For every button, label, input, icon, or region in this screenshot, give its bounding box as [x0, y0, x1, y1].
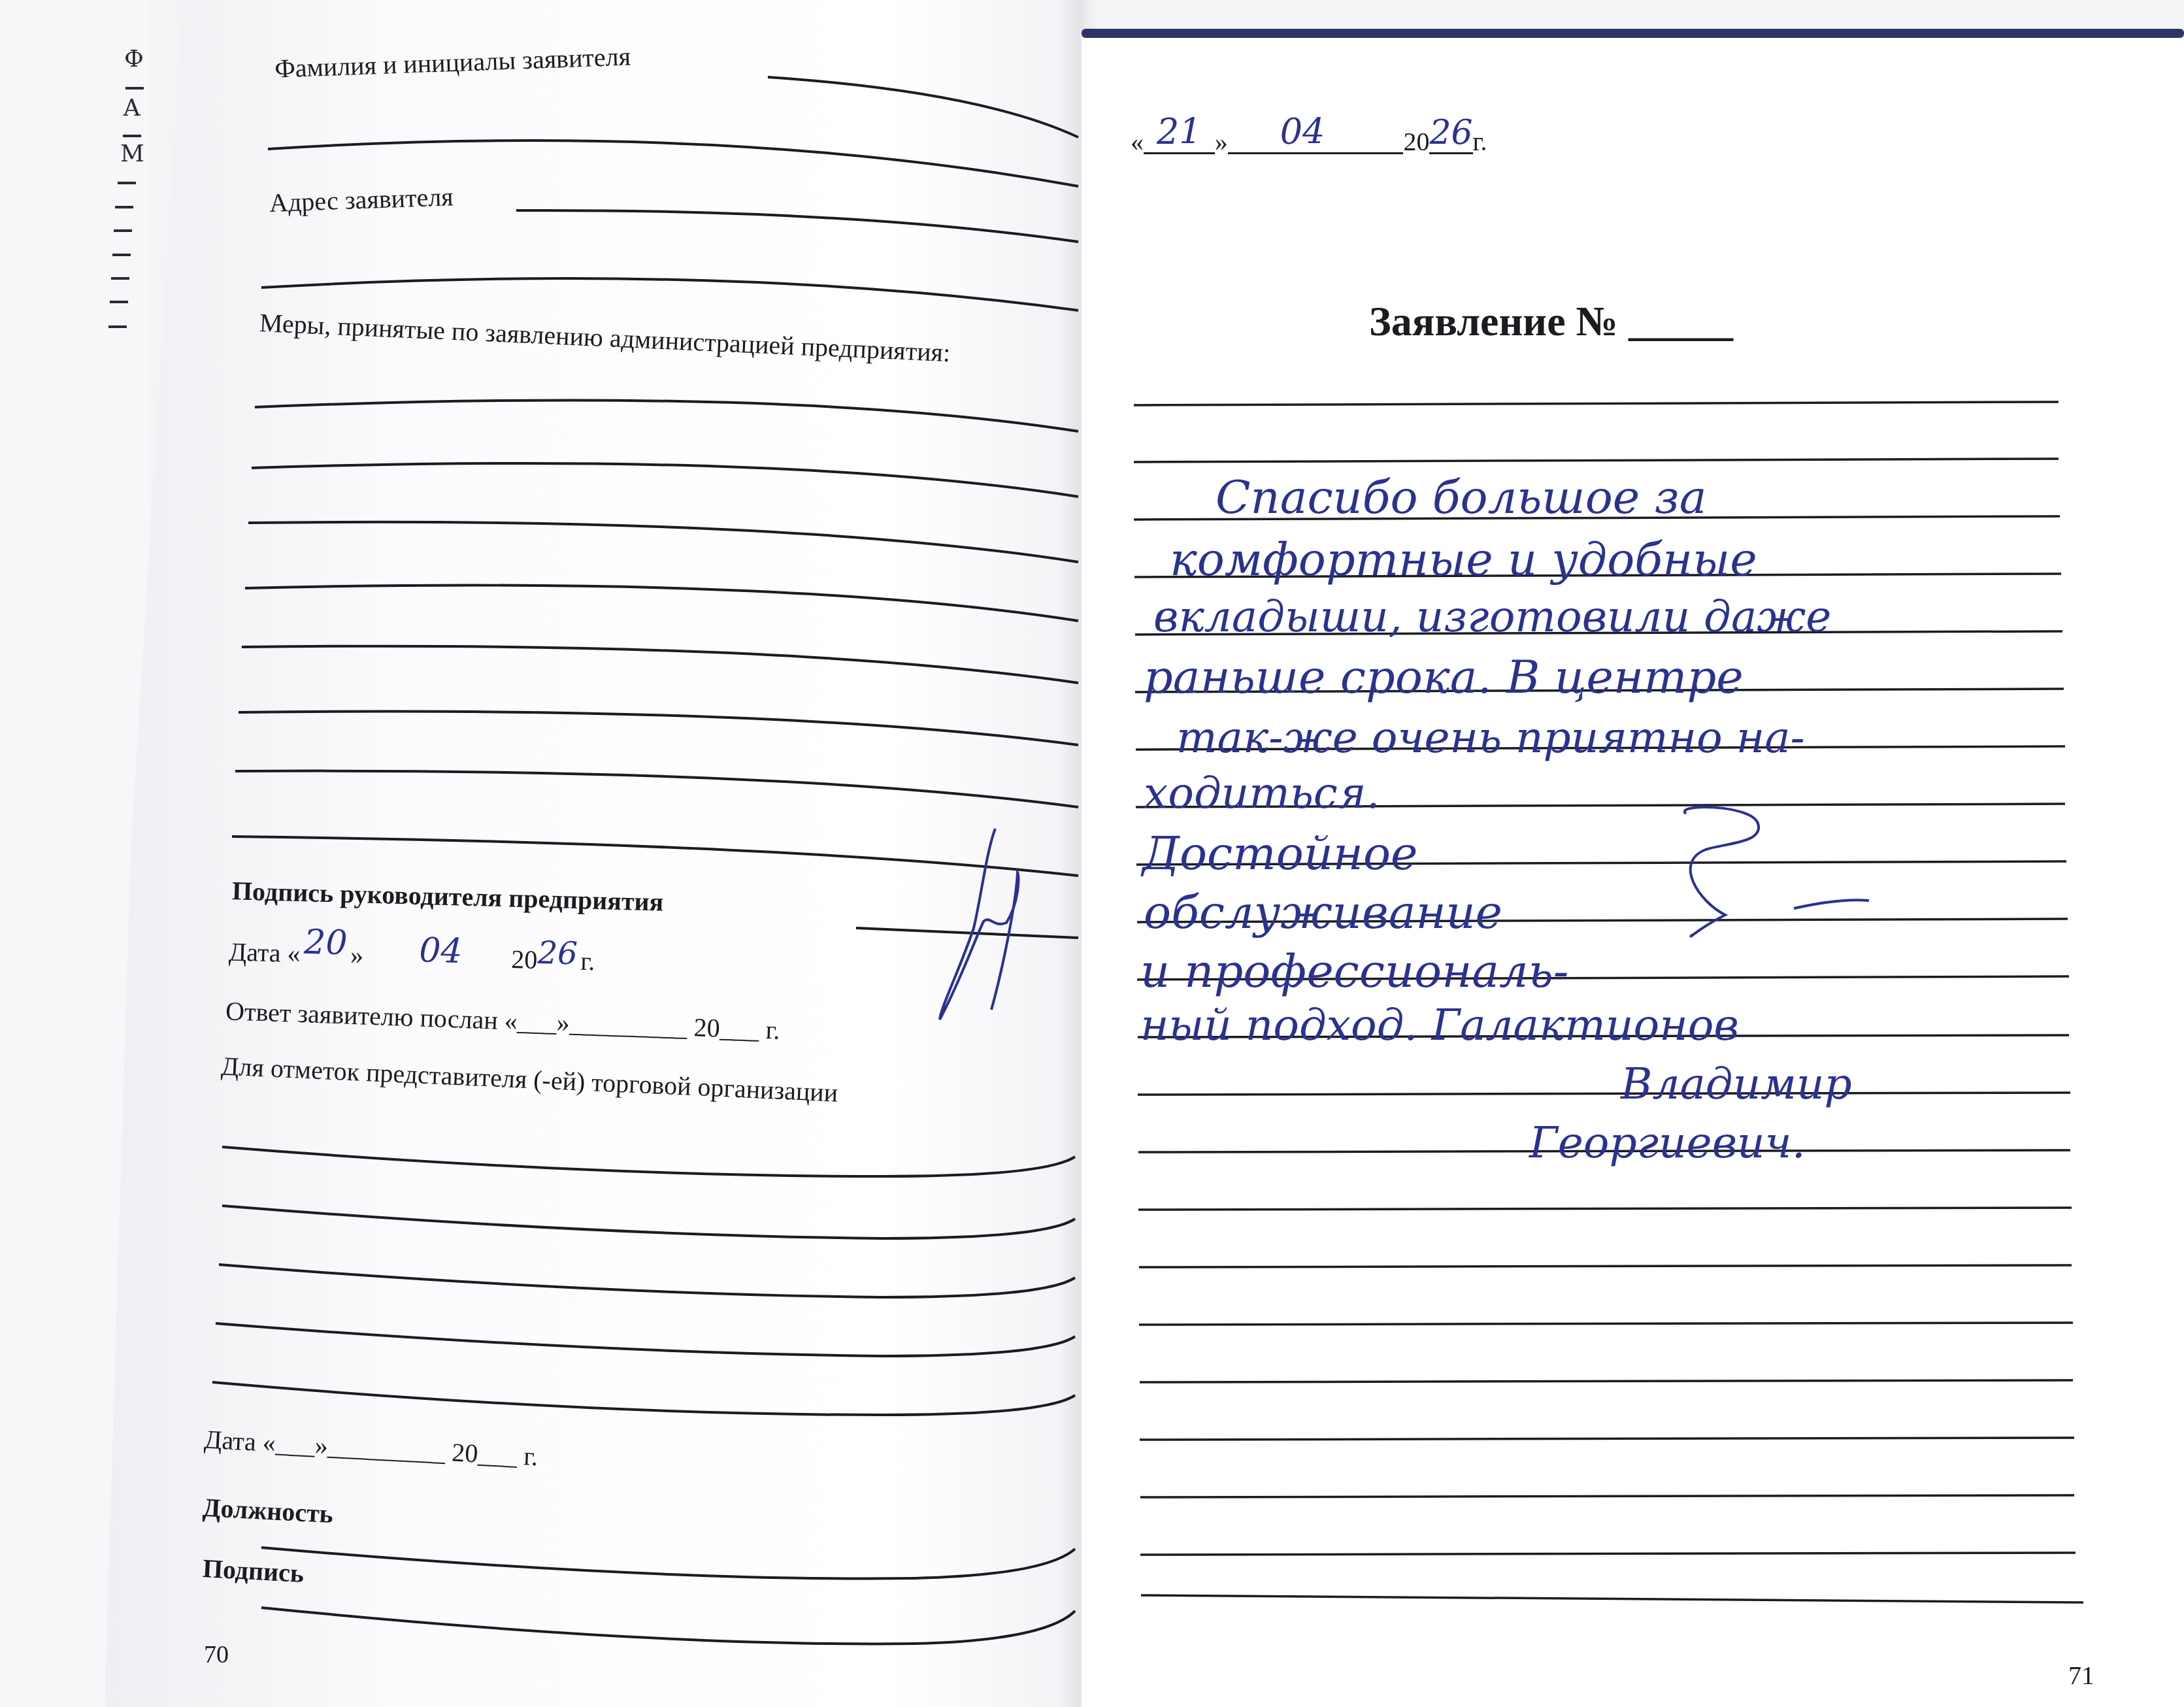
right-page-number: 71 — [2068, 1660, 2094, 1691]
statement-line: Спасибо большое за — [1216, 471, 1706, 524]
statement-line: обслуживание — [1144, 886, 1502, 939]
statement-title: Заявление № _____ — [1369, 297, 1733, 346]
statement-line: Достойное — [1142, 827, 1418, 880]
left-page-number: 70 — [204, 1640, 229, 1669]
under-page-line — [123, 135, 141, 137]
under-page-line — [115, 206, 133, 208]
date-year-prefix: 20 — [511, 944, 538, 974]
under-page-letter: Ф — [124, 46, 144, 73]
date-close-quote: » — [350, 940, 363, 970]
under-page-line — [114, 229, 132, 232]
statement-line: комфортные и удобные — [1170, 533, 1757, 586]
date-year-suffix: г. — [1473, 127, 1487, 156]
statement-line: так-же очень приятно на- — [1176, 712, 1805, 763]
date-label: Дата « — [228, 937, 301, 969]
under-page-line — [111, 277, 129, 280]
book-cover-edge — [1082, 29, 2184, 38]
date-day-handwritten[interactable]: 20 — [303, 923, 348, 963]
statement-line: ходиться. — [1144, 768, 1380, 818]
signature-label: Подпись — [202, 1553, 305, 1589]
under-page-line — [125, 87, 144, 90]
date-year-handwritten[interactable]: 26 — [537, 935, 578, 972]
date-day-handwritten[interactable]: 21 — [1144, 111, 1215, 154]
statement-date: «21»042026г. — [1131, 118, 1487, 159]
date-close-quote: » — [1215, 127, 1228, 156]
statement-line: вкладыши, изготовили даже — [1153, 591, 1831, 642]
statement-line: Георгиевич. — [1529, 1118, 1806, 1168]
date-year-suffix: г. — [580, 946, 595, 976]
under-page-line — [108, 325, 127, 328]
statement-line: раньше срока. В центре — [1144, 650, 1744, 704]
date-month-handwritten[interactable]: 04 — [419, 931, 463, 971]
under-page-line — [112, 254, 131, 256]
statement-line: и профессиональ- — [1140, 944, 1568, 998]
under-page-letter: М — [120, 141, 144, 167]
under-page-line — [118, 182, 136, 184]
applicant-address-label: Адрес заявителя — [269, 181, 454, 218]
under-page-line — [110, 301, 128, 303]
statement-line: Владимир — [1621, 1059, 1852, 1109]
under-page-letter: А — [123, 95, 141, 122]
date-open-quote: « — [1131, 127, 1144, 156]
statement-line: ный подход. Галактионов — [1140, 1000, 1739, 1050]
date-month-handwritten[interactable]: 04 — [1228, 111, 1404, 154]
date-year-handwritten[interactable]: 26 — [1429, 113, 1472, 154]
date-year-prefix: 20 — [1403, 127, 1429, 156]
